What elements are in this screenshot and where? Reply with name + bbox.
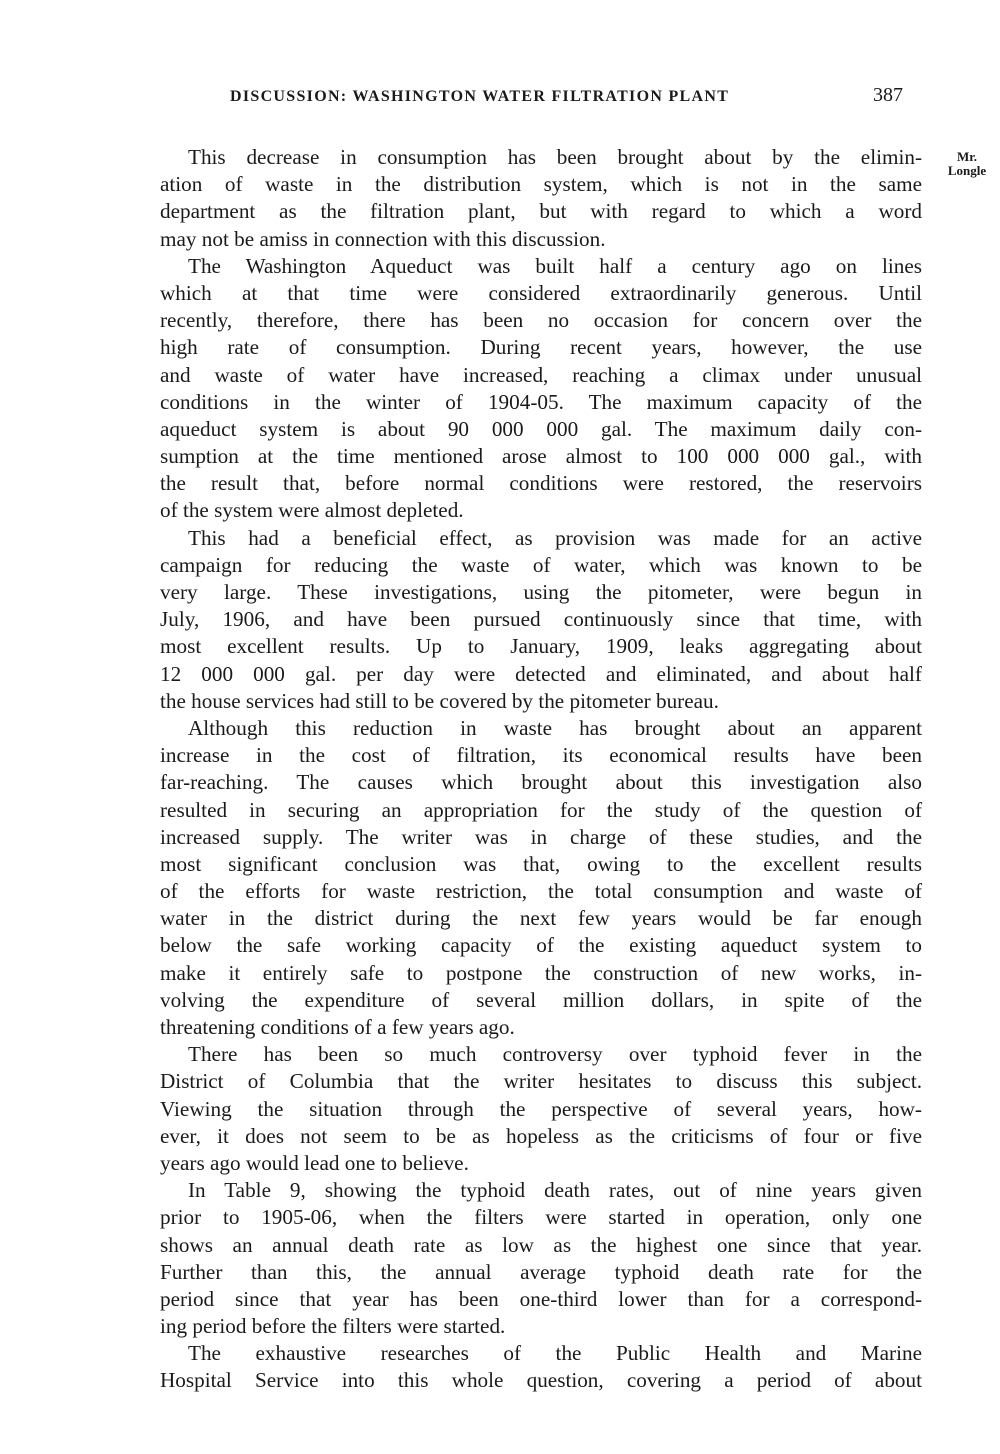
text-line: below the safe working capacity of the e… — [160, 932, 922, 959]
text-line: shows an annual death rate as low as the… — [160, 1232, 922, 1259]
paragraph: In Table 9, showing the typhoid death ra… — [160, 1177, 922, 1340]
page-number: 387 — [873, 84, 903, 107]
text-line: volving the expenditure of several milli… — [160, 987, 922, 1014]
text-line: far-reaching. The causes which brought a… — [160, 769, 922, 796]
text-line: resulted in securing an appropriation fo… — [160, 797, 922, 824]
text-line: the house services had still to be cover… — [160, 688, 922, 715]
text-line: period since that year has been one-thir… — [160, 1286, 922, 1313]
margin-note-line2: Longle — [932, 164, 1000, 178]
text-line: high rate of consumption. During recent … — [160, 334, 922, 361]
text-line: conditions in the winter of 1904-05. The… — [160, 389, 922, 416]
margin-note-speaker: Mr. Longle — [932, 150, 1000, 178]
paragraph: This had a beneficial effect, as provisi… — [160, 525, 922, 715]
text-line: the result that, before normal condition… — [160, 470, 922, 497]
text-line: ever, it does not seem to be as hopeless… — [160, 1123, 922, 1150]
text-line: and waste of water have increased, reach… — [160, 362, 922, 389]
text-line: most significant conclusion was that, ow… — [160, 851, 922, 878]
text-line: very large. These investigations, using … — [160, 579, 922, 606]
text-line: of the efforts for waste restriction, th… — [160, 878, 922, 905]
text-line: sumption at the time mentioned arose alm… — [160, 443, 922, 470]
text-line: There has been so much controversy over … — [160, 1041, 922, 1068]
text-line: aqueduct system is about 90 000 000 gal.… — [160, 416, 922, 443]
text-line: water in the district during the next fe… — [160, 905, 922, 932]
text-line: most excellent results. Up to January, 1… — [160, 633, 922, 660]
text-line: This decrease in consumption has been br… — [160, 144, 922, 171]
text-line: The exhaustive researches of the Public … — [160, 1340, 922, 1367]
text-line: campaign for reducing the waste of water… — [160, 552, 922, 579]
text-line: make it entirely safe to postpone the co… — [160, 960, 922, 987]
text-line: ation of waste in the distribution syste… — [160, 171, 922, 198]
text-line: This had a beneficial effect, as provisi… — [160, 525, 922, 552]
text-line: which at that time were considered extra… — [160, 280, 922, 307]
text-line: increased supply. The writer was in char… — [160, 824, 922, 851]
margin-note-line1: Mr. — [932, 150, 1000, 164]
running-title: DISCUSSION: WASHINGTON WATER FILTRATION … — [230, 88, 729, 106]
text-line: The Washington Aqueduct was built half a… — [160, 253, 922, 280]
paragraph: The exhaustive researches of the Public … — [160, 1340, 922, 1394]
text-line: ing period before the filters were start… — [160, 1313, 922, 1340]
text-line: years ago would lead one to believe. — [160, 1150, 922, 1177]
text-line: Further than this, the annual average ty… — [160, 1259, 922, 1286]
paragraph: Although this reduction in waste has bro… — [160, 715, 922, 1041]
text-line: recently, therefore, there has been no o… — [160, 307, 922, 334]
body-text: This decrease in consumption has been br… — [160, 144, 922, 1395]
text-line: 12 000 000 gal. per day were detected an… — [160, 661, 922, 688]
text-line: Although this reduction in waste has bro… — [160, 715, 922, 742]
text-line: of the system were almost depleted. — [160, 497, 922, 524]
text-line: July, 1906, and have been pursued contin… — [160, 606, 922, 633]
text-line: threatening conditions of a few years ag… — [160, 1014, 922, 1041]
paragraph: This decrease in consumption has been br… — [160, 144, 922, 253]
paragraph: There has been so much controversy over … — [160, 1041, 922, 1177]
text-line: prior to 1905-06, when the filters were … — [160, 1204, 922, 1231]
text-line: department as the filtration plant, but … — [160, 198, 922, 225]
text-line: may not be amiss in connection with this… — [160, 226, 922, 253]
text-line: District of Columbia that the writer hes… — [160, 1068, 922, 1095]
text-line: In Table 9, showing the typhoid death ra… — [160, 1177, 922, 1204]
text-line: Viewing the situation through the perspe… — [160, 1096, 922, 1123]
text-line: increase in the cost of filtration, its … — [160, 742, 922, 769]
text-line: Hospital Service into this whole questio… — [160, 1367, 922, 1394]
paragraph: The Washington Aqueduct was built half a… — [160, 253, 922, 525]
